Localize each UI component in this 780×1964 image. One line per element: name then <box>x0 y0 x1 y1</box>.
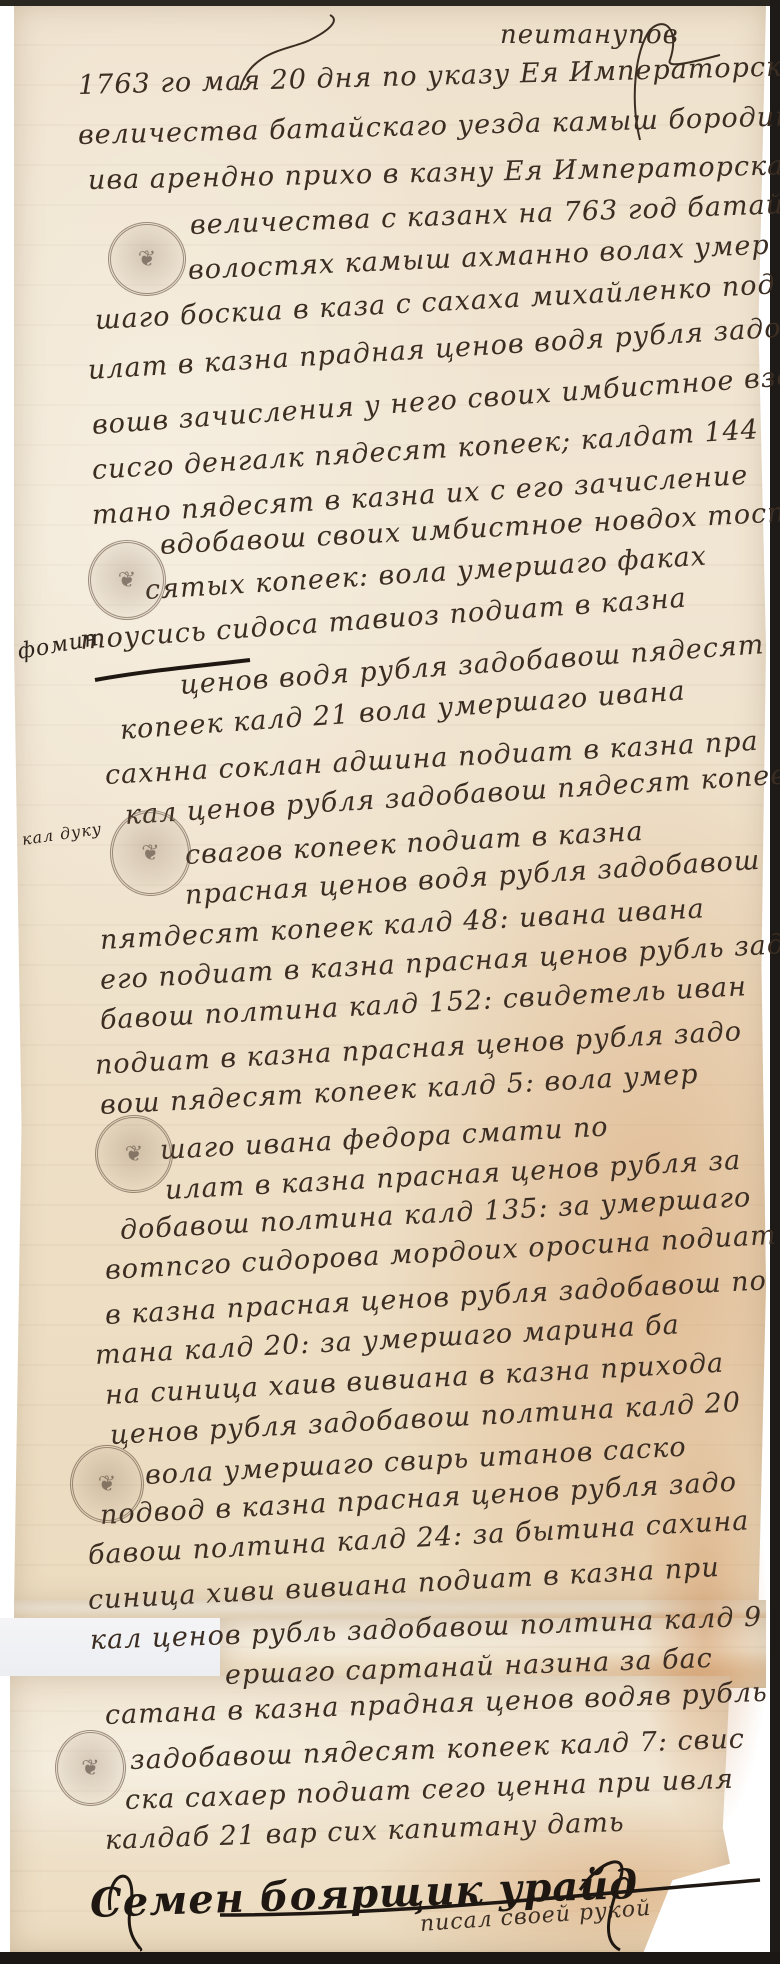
seal-1: ❦ <box>108 222 186 296</box>
top-scan-edge <box>0 0 780 6</box>
eagle-seal-icon: ❦ <box>141 841 159 866</box>
eagle-seal-icon: ❦ <box>125 1142 143 1167</box>
seal-4: ❦ <box>95 1115 173 1193</box>
eagle-seal-icon: ❦ <box>138 247 156 272</box>
header-note: пеитанупов <box>500 20 679 50</box>
eagle-seal-icon: ❦ <box>98 1472 116 1497</box>
seal-5: ❦ <box>70 1445 144 1523</box>
seal-2: ❦ <box>88 540 166 620</box>
seal-6: ❦ <box>55 1730 126 1806</box>
seal-3: ❦ <box>110 810 191 896</box>
bottom-scan-edge <box>0 1952 780 1964</box>
eagle-seal-icon: ❦ <box>118 568 136 593</box>
eagle-seal-icon: ❦ <box>81 1756 99 1781</box>
